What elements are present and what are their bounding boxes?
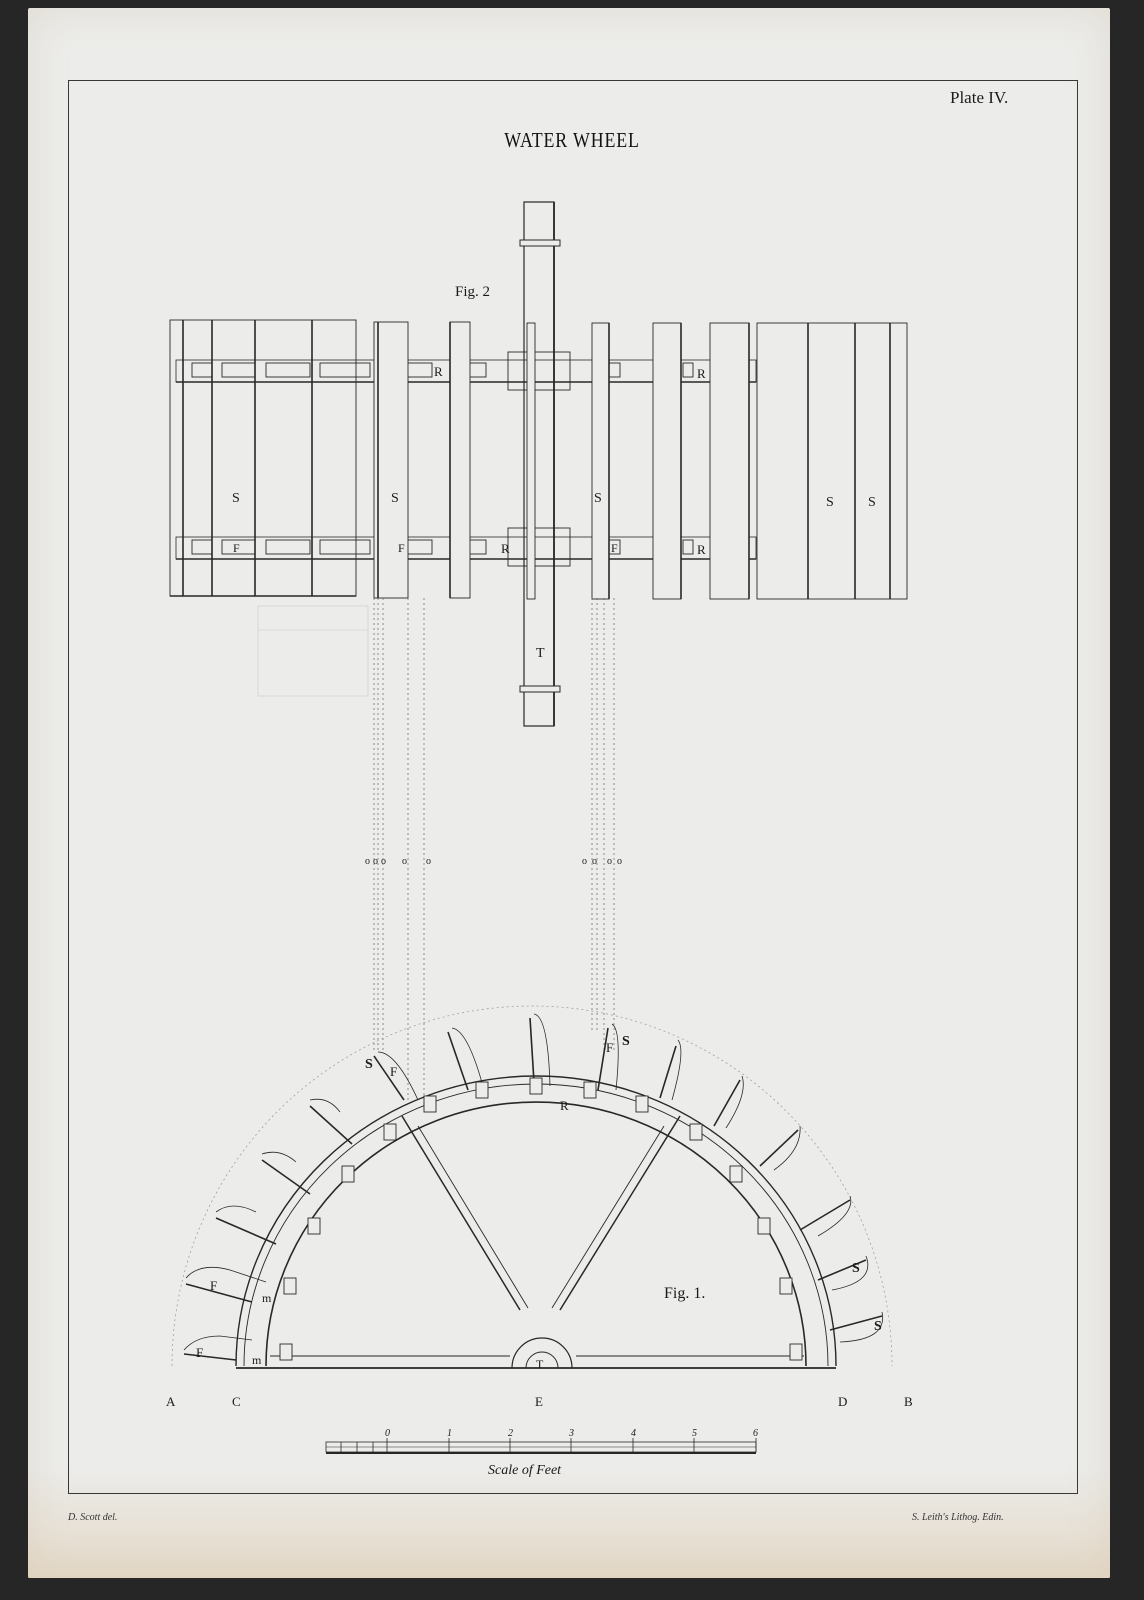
fig2-sole-label: S [868,495,876,510]
fig1-f-label: F [196,1345,203,1360]
fig1-label: Fig. 1. [664,1285,705,1302]
fig1-f-label: F [210,1278,217,1293]
fig2-float-label: F [398,541,405,555]
svg-text:o: o [365,856,370,867]
fig2-shaft-label: T [536,646,545,661]
fig2-ring-label: R [501,541,510,556]
fig1-s-label: S [852,1261,860,1276]
svg-text:o: o [607,856,612,867]
scale-caption: Scale of Feet [488,1463,562,1478]
fig1-s-label: S [365,1057,373,1072]
svg-text:2: 2 [508,1428,513,1439]
fig1-s-label: S [622,1034,630,1049]
svg-text:6: 6 [753,1428,758,1439]
svg-text:1: 1 [447,1428,452,1439]
fig2-ring-label: R [697,366,706,381]
svg-text:5: 5 [692,1428,697,1439]
svg-text:o: o [617,856,622,867]
fig2-label: Fig. 2 [455,284,490,300]
scale-bar [326,1438,756,1453]
fig1-elevation-view [172,1006,892,1368]
fig1-t-label: T [536,1357,544,1371]
point-c-label: C [232,1394,241,1409]
scale-tick-labels: 0 1 2 3 4 5 6 [385,1428,758,1439]
fig2-float-label: F [233,541,240,555]
svg-text:o: o [592,856,597,867]
fig2-ring-label: R [697,542,706,557]
svg-text:o: o [426,856,431,867]
fig1-r-label: R [560,1098,569,1113]
ghost-lines [258,606,368,696]
fig2-float-label: F [611,541,618,555]
fig1-f-label: F [390,1064,397,1079]
svg-text:o: o [381,856,386,867]
svg-text:3: 3 [568,1428,574,1439]
fig2-sole-label: S [826,495,834,510]
fig1-s-label: S [874,1319,882,1334]
draftsman-credit: D. Scott del. [68,1512,117,1523]
point-d-label: D [838,1394,847,1409]
svg-text:o: o [582,856,587,867]
fig1-f-label: F [606,1040,613,1055]
svg-text:o: o [373,856,378,867]
projection-lines [374,598,614,1110]
fig2-sole-label: S [391,491,399,506]
lithographer-credit: S. Leith's Lithog. Edin. [912,1512,1004,1523]
fig1-m-label: m [262,1291,272,1305]
technical-drawing: Fig. 2 S S S S S R R R R F F F T o o o o… [0,0,1144,1600]
svg-text:0: 0 [385,1428,390,1439]
fig2-sole-label: S [232,491,240,506]
point-e-label: E [535,1394,543,1409]
point-b-label: B [904,1394,913,1409]
fig1-m-label: m [252,1353,262,1367]
projection-markers: o o o o o o o o o [365,856,622,867]
fig2-sole-label: S [594,491,602,506]
svg-text:o: o [402,856,407,867]
point-a-label: A [166,1394,176,1409]
fig2-ring-label: R [434,364,443,379]
svg-text:4: 4 [631,1428,636,1439]
